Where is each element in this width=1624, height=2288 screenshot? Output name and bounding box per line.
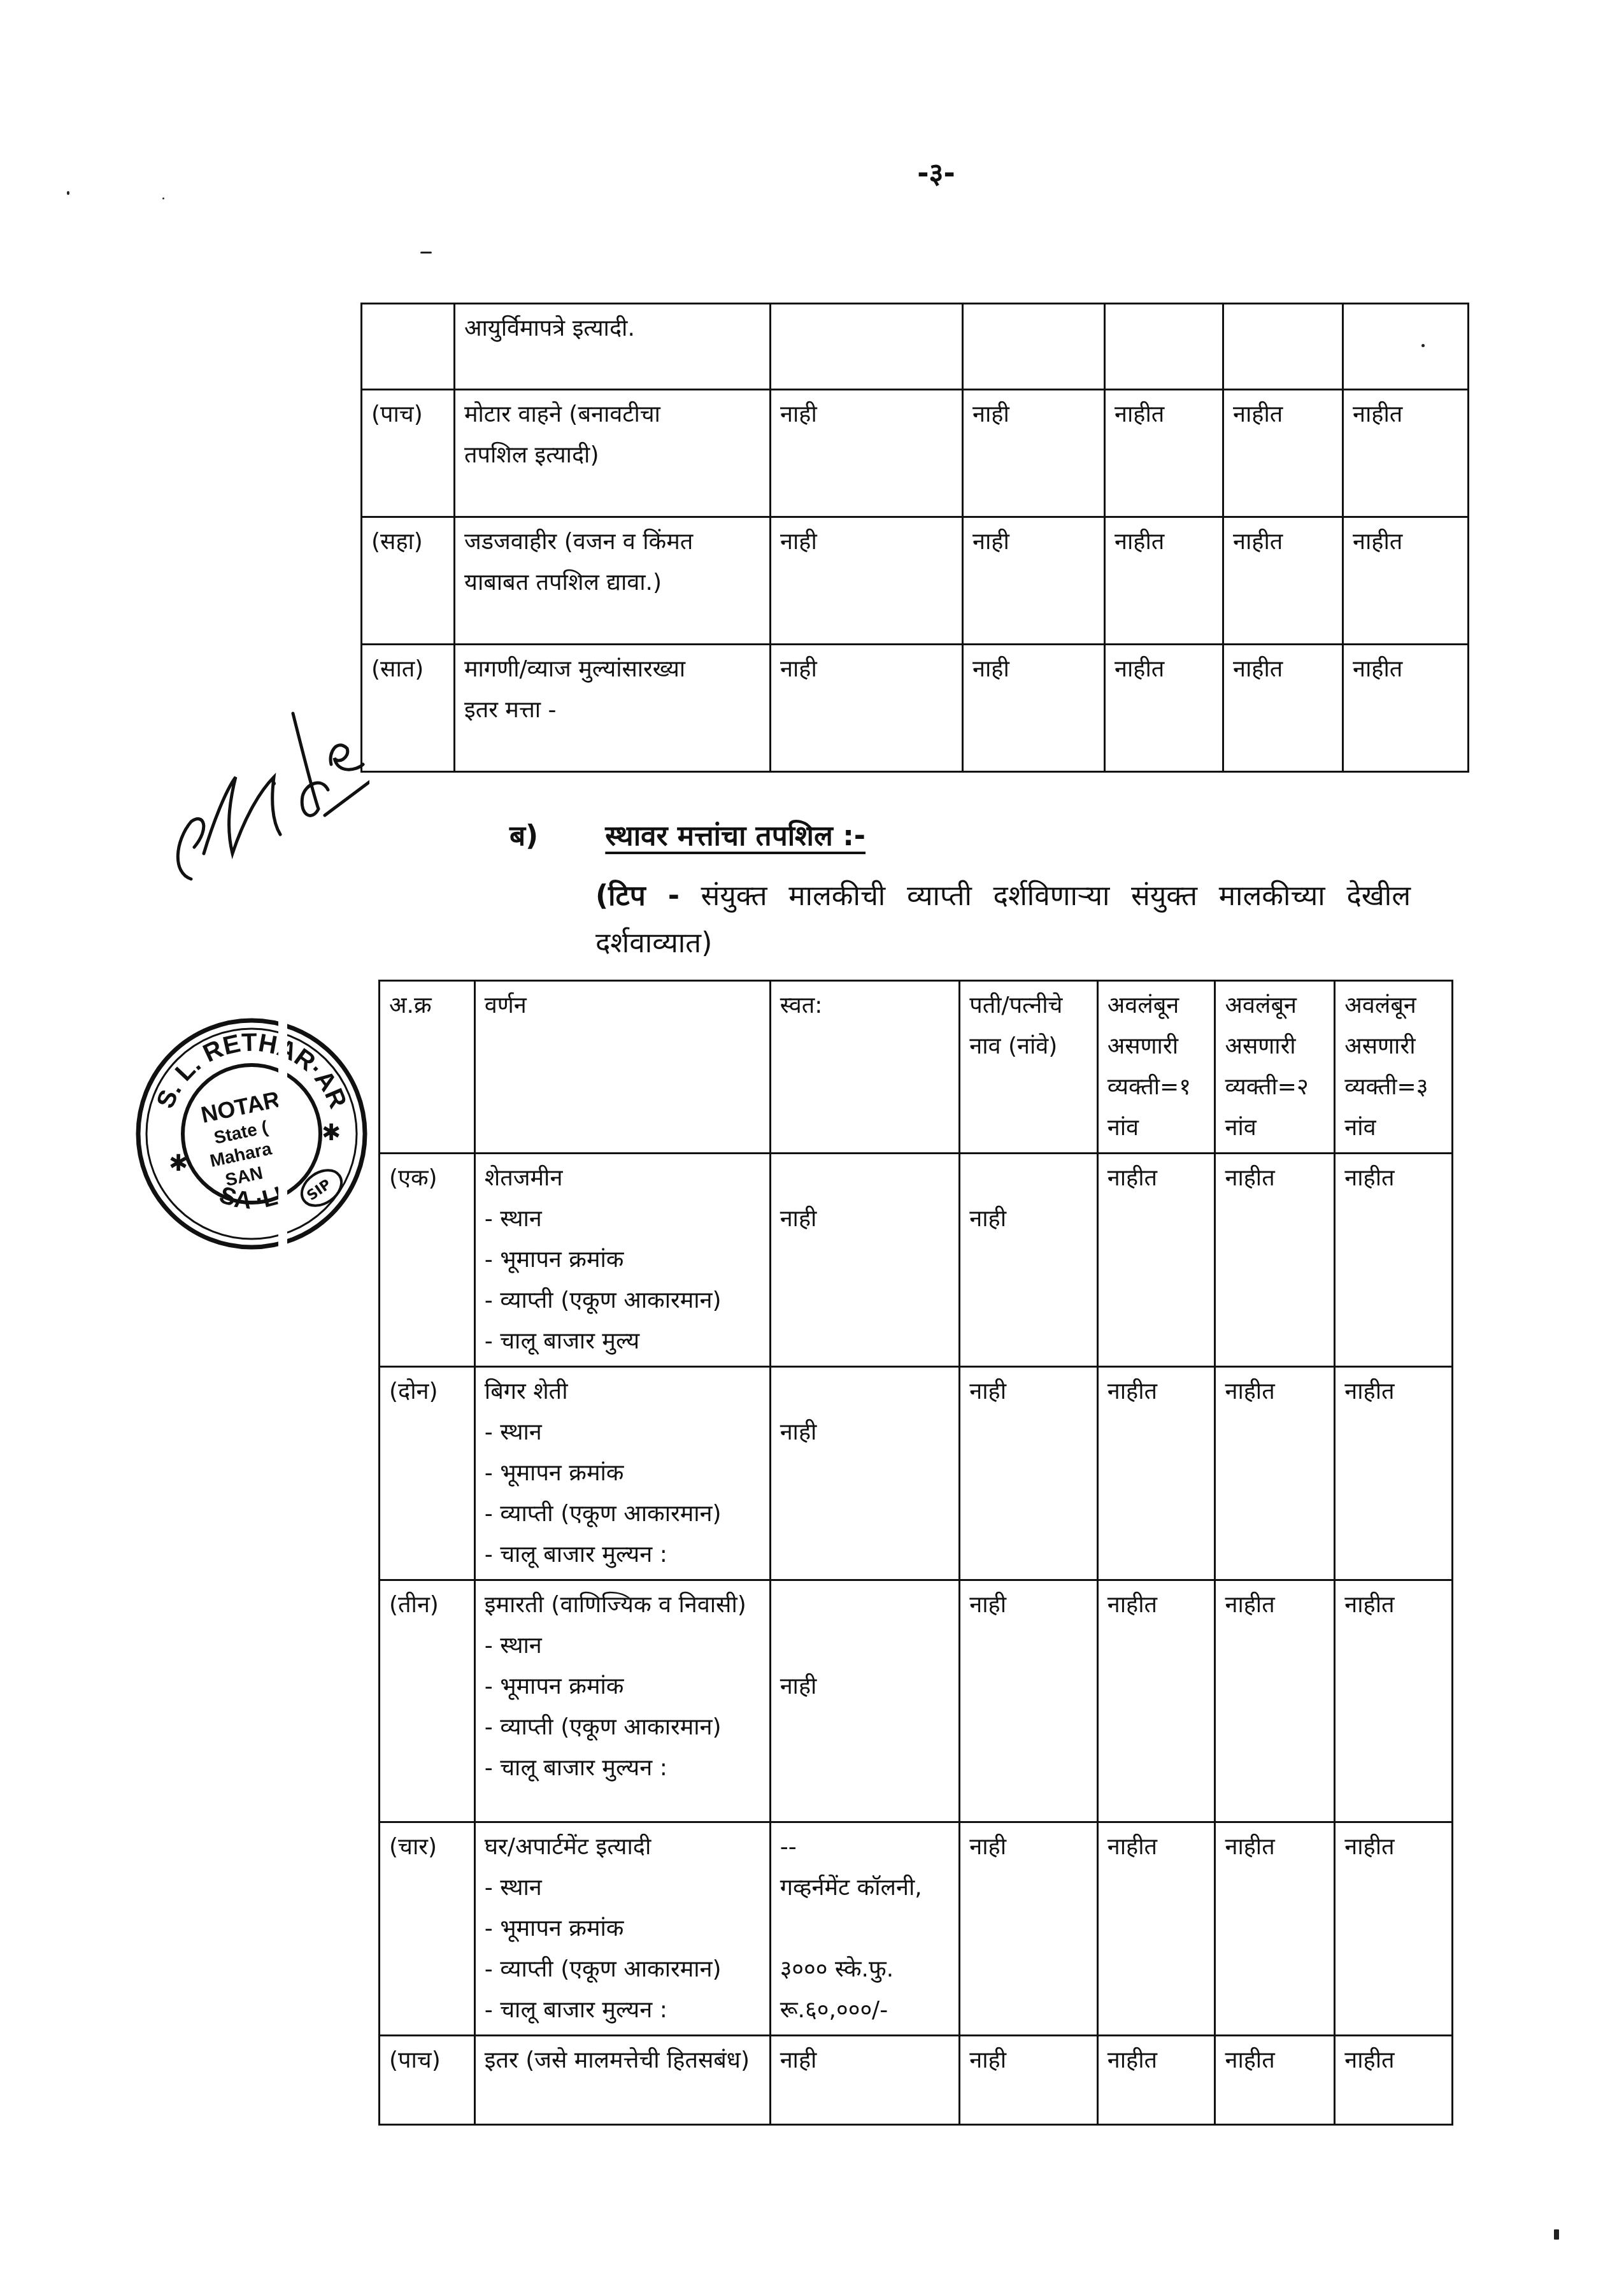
self-line [780, 1158, 950, 1199]
value-cell: नाही [963, 645, 1105, 772]
signature-icon [166, 662, 369, 892]
serial-cell: (सात) [362, 645, 455, 772]
dep1-cell: नाहीत [1097, 2036, 1215, 2125]
value-cell: नाहीत [1343, 517, 1469, 645]
description-title: बिगर शेती [485, 1371, 760, 1412]
dep3-cell: नाहीत [1335, 1154, 1453, 1367]
self-line: गव्हर्नमेंट कॉलनी, [780, 1868, 950, 1908]
description-line: मोटार वाहने (बनावटीचा [464, 394, 760, 435]
value-cell: नाहीत [1105, 517, 1223, 645]
value-cell: नाही [771, 645, 963, 772]
description-item: - चालू बाजार मुल्य [485, 1321, 760, 1362]
value-cell: नाही [771, 390, 963, 517]
description-item: - भूमापन क्रमांक [485, 1908, 760, 1949]
description-item: - व्याप्ती (एकूण आकारमान) [485, 1494, 760, 1534]
self-line: ३००० स्के.फु. [780, 1949, 950, 1990]
table-row: (पाच)मोटार वाहने (बनावटीचातपशिल इत्यादी)… [362, 390, 1469, 517]
dep2-cell: नाहीत [1215, 1580, 1335, 1822]
section-title: स्थावर मत्तांचा तपशिल :- [605, 820, 865, 852]
value-cell: नाहीत [1223, 390, 1343, 517]
description-title: इतर (जसे मालमत्तेची हितसबंध) [485, 2040, 760, 2081]
self-line [780, 1371, 950, 1412]
self-cell: नाही [770, 2036, 960, 2125]
dep2-cell: नाहीत [1215, 1822, 1335, 2036]
spouse-line: नाही [969, 1199, 1088, 1240]
header-dependent-1: अवलंबून असणारी व्यक्ती=१ नांव [1097, 981, 1215, 1154]
description-cell: इमारती (वाणिज्यिक व निवासी)- स्थान- भूमा… [474, 1580, 770, 1822]
value-cell [1105, 304, 1223, 390]
table-row: (पाच)इतर (जसे मालमत्तेची हितसबंध)नाहीनाह… [380, 2036, 1453, 2125]
description-cell: बिगर शेती- स्थान- भूमापन क्रमांक- व्याप्… [474, 1367, 770, 1580]
value-cell: नाहीत [1343, 390, 1469, 517]
dep2-cell: नाहीत [1215, 1154, 1335, 1367]
spouse-cell: नाही [960, 1822, 1098, 2036]
value-cell: नाहीत [1223, 517, 1343, 645]
description-item: - भूमापन क्रमांक [485, 1453, 760, 1494]
spouse-line: नाही [969, 1371, 1088, 1412]
description-title: इमारती (वाणिज्यिक व निवासी) [485, 1585, 760, 1626]
section-note: (टिप - संयुक्त मालकीची व्याप्ती दर्शविणा… [595, 873, 1411, 967]
stamp-star-left-icon: ✱ [169, 1150, 188, 1176]
note-label: (टिप - [595, 880, 680, 912]
table-row: (एक)शेतजमीन- स्थान- भूमापन क्रमांक- व्या… [380, 1154, 1453, 1367]
description-item: - चालू बाजार मुल्यन : [485, 1534, 760, 1575]
table-row: (दोन)बिगर शेती- स्थान- भूमापन क्रमांक- व… [380, 1367, 1453, 1580]
header-spouse: पती/पत्नीचे नाव (नांवे) [960, 981, 1098, 1154]
dep2-cell: नाहीत [1215, 2036, 1335, 2125]
description-item: - स्थान [485, 1868, 760, 1908]
self-line [780, 1626, 950, 1666]
description-title: घर/अपार्टमेंट इत्यादी [485, 1827, 760, 1868]
serial-cell: (दोन) [380, 1367, 475, 1580]
description-line: जडजवाहीर (वजन व किंमत [464, 522, 760, 562]
value-cell: नाहीत [1343, 645, 1469, 772]
header-serial: अ.क्र [380, 981, 475, 1154]
value-cell: नाही [771, 517, 963, 645]
self-line: नाही [780, 2040, 950, 2081]
self-cell: नाही [770, 1154, 960, 1367]
spouse-line [969, 1158, 1088, 1199]
description-item: - भूमापन क्रमांक [485, 1666, 760, 1707]
value-cell [963, 304, 1105, 390]
value-cell: नाहीत [1223, 645, 1343, 772]
description-item: - स्थान [485, 1626, 760, 1666]
movable-assets-table: आयुर्विमापत्रे इत्यादी.(पाच)मोटार वाहने … [360, 303, 1469, 773]
table-row: (तीन)इमारती (वाणिज्यिक व निवासी)- स्थान-… [380, 1580, 1453, 1822]
table-row: आयुर्विमापत्रे इत्यादी. [362, 304, 1469, 390]
description-item: - स्थान [485, 1199, 760, 1240]
description-item: - चालू बाजार मुल्यन : [485, 1748, 760, 1789]
self-line: -- [780, 1827, 950, 1868]
table-row: (सात)मागणी/व्याज मुल्यांसारख्याइतर मत्ता… [362, 645, 1469, 772]
description-item: - व्याप्ती (एकूण आकारमान) [485, 1280, 760, 1321]
stamp-line-1: NOTAR [199, 1086, 282, 1128]
description-cell: मोटार वाहने (बनावटीचातपशिल इत्यादी) [455, 390, 771, 517]
serial-cell: (पाच) [362, 390, 455, 517]
value-cell: नाही [963, 517, 1105, 645]
description-item: - भूमापन क्रमांक [485, 1240, 760, 1280]
description-line: आयुर्विमापत्रे इत्यादी. [464, 308, 760, 349]
value-cell [771, 304, 963, 390]
section-marker: ब) [509, 815, 595, 854]
dep1-cell: नाहीत [1097, 1367, 1215, 1580]
header-dependent-3: अवलंबून असणारी व्यक्ती=३ नांव [1335, 981, 1453, 1154]
spouse-line: नाही [969, 1827, 1088, 1868]
self-cell: --गव्हर्नमेंट कॉलनी, ३००० स्के.फु.रू.६०,… [770, 1822, 960, 2036]
self-cell: नाही [770, 1367, 960, 1580]
value-cell [1223, 304, 1343, 390]
dep3-cell: नाहीत [1335, 2036, 1453, 2125]
self-line: नाही [780, 1199, 950, 1240]
description-item: - चालू बाजार मुल्यन : [485, 1990, 760, 2031]
description-cell: मागणी/व्याज मुल्यांसारख्याइतर मत्ता - [455, 645, 771, 772]
description-line: इतर मत्ता - [464, 690, 760, 731]
value-cell: नाहीत [1105, 645, 1223, 772]
dep2-cell: नाहीत [1215, 1367, 1335, 1580]
value-cell [1343, 304, 1469, 390]
serial-cell: (एक) [380, 1154, 475, 1367]
section-b-heading: ब) स्थावर मत्तांचा तपशिल :- [509, 815, 865, 854]
spouse-line: नाही [969, 2040, 1088, 2081]
spouse-cell: नाही [960, 2036, 1098, 2125]
header-self: स्वत: [770, 981, 960, 1154]
table-header-row: अ.क्र वर्णन स्वत: पती/पत्नीचे नाव (नांवे… [380, 981, 1453, 1154]
description-line: मागणी/व्याज मुल्यांसारख्या [464, 649, 760, 690]
stamp-star-right-icon: ✱ [322, 1120, 341, 1146]
table-row: (चार)घर/अपार्टमेंट इत्यादी- स्थान- भूमाप… [380, 1822, 1453, 2036]
description-cell: जडजवाहीर (वजन व किंमतयाबाबत तपशिल द्यावा… [455, 517, 771, 645]
description-cell: आयुर्विमापत्रे इत्यादी. [455, 304, 771, 390]
dep1-cell: नाहीत [1097, 1580, 1215, 1822]
self-cell: नाही [770, 1580, 960, 1822]
spouse-cell: नाही [960, 1154, 1098, 1367]
self-line [780, 1908, 950, 1949]
description-title: शेतजमीन [485, 1158, 760, 1199]
description-line: तपशिल इत्यादी) [464, 435, 760, 476]
spouse-cell: नाही [960, 1367, 1098, 1580]
spouse-line: नाही [969, 1585, 1088, 1626]
self-line: नाही [780, 1412, 950, 1453]
self-line: रू.६०,०००/- [780, 1990, 950, 2031]
serial-cell [362, 304, 455, 390]
description-cell: इतर (जसे मालमत्तेची हितसबंध) [474, 2036, 770, 2125]
description-line: याबाबत तपशिल द्यावा.) [464, 562, 760, 603]
page-number: -३- [885, 153, 987, 191]
spouse-cell: नाही [960, 1580, 1098, 1822]
dep3-cell: नाहीत [1335, 1367, 1453, 1580]
description-item: - स्थान [485, 1412, 760, 1453]
immovable-assets-table: अ.क्र वर्णन स्वत: पती/पत्नीचे नाव (नांवे… [378, 980, 1453, 2126]
dep3-cell: नाहीत [1335, 1822, 1453, 2036]
description-item: - व्याप्ती (एकूण आकारमान) [485, 1949, 760, 1990]
header-description: वर्णन [474, 981, 770, 1154]
description-item: - व्याप्ती (एकूण आकारमान) [485, 1707, 760, 1748]
dep3-cell: नाहीत [1335, 1580, 1453, 1822]
self-line: नाही [780, 1666, 950, 1707]
serial-cell: (पाच) [380, 2036, 475, 2125]
serial-cell: (सहा) [362, 517, 455, 645]
self-line [780, 1585, 950, 1626]
serial-cell: (तीन) [380, 1580, 475, 1822]
dep1-cell: नाहीत [1097, 1154, 1215, 1367]
dep1-cell: नाहीत [1097, 1822, 1215, 2036]
value-cell: नाही [963, 390, 1105, 517]
note-text: संयुक्त मालकीची व्याप्ती दर्शविणाऱ्या सं… [595, 880, 1411, 959]
table-row: (सहा)जडजवाहीर (वजन व किंमतयाबाबत तपशिल द… [362, 517, 1469, 645]
header-dependent-2: अवलंबून असणारी व्यक्ती=२ नांव [1215, 981, 1335, 1154]
value-cell: नाहीत [1105, 390, 1223, 517]
notary-stamp-icon: S. L. RETHAR·AR SA ·LI NOTAR State ( Mah… [131, 1013, 373, 1255]
description-cell: घर/अपार्टमेंट इत्यादी- स्थान- भूमापन क्र… [474, 1822, 770, 2036]
description-cell: शेतजमीन- स्थान- भूमापन क्रमांक- व्याप्ती… [474, 1154, 770, 1367]
serial-cell: (चार) [380, 1822, 475, 2036]
